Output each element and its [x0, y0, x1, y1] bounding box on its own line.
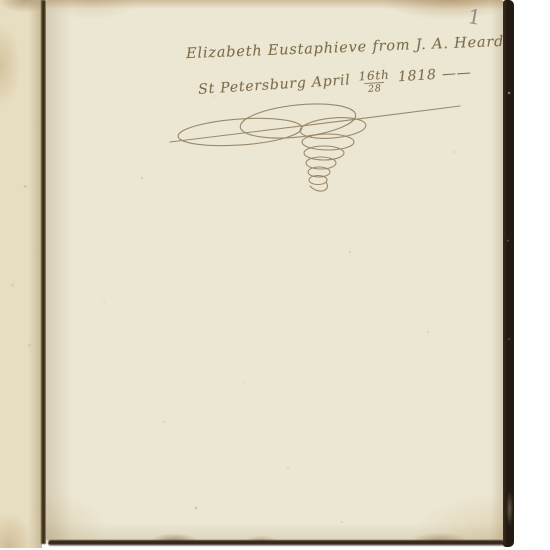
- inscription-layer: Elizabeth Eustaphieve from J. A. Heard S…: [0, 0, 550, 550]
- inscription-year: 1818 ——: [397, 65, 472, 86]
- date-fraction: 16th 28: [358, 69, 391, 95]
- pen-flourish: [168, 94, 468, 199]
- inscription-line1: Elizabeth Eustaphieve from J. A. Heard: [186, 34, 505, 62]
- date-day-new-style: 28: [368, 84, 382, 94]
- pencil-page-number: 1: [466, 4, 483, 30]
- book-photo: Elizabeth Eustaphieve from J. A. Heard S…: [0, 0, 550, 550]
- date-day-old-style: 16th: [358, 69, 390, 83]
